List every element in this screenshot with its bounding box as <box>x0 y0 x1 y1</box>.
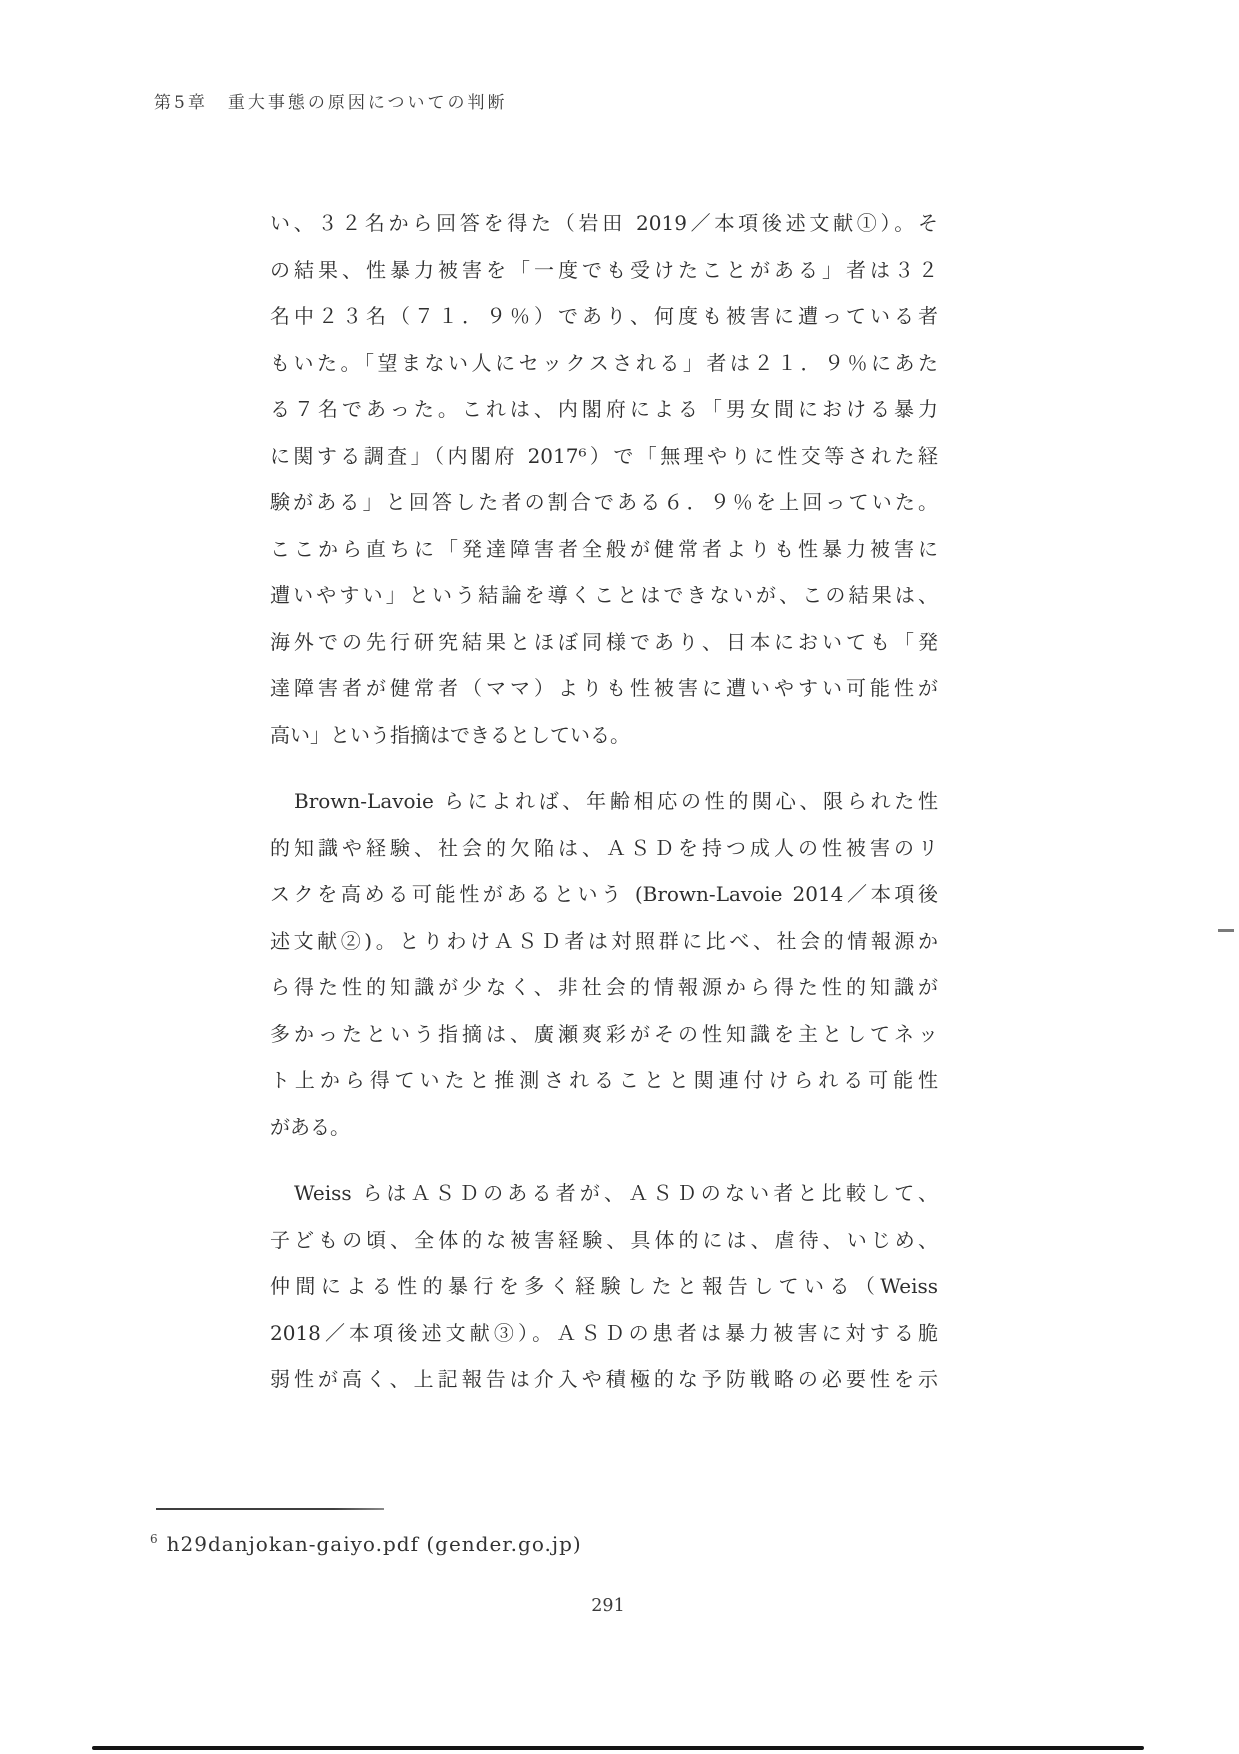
text-line: 2018／本項後述文献③）。ＡＳＤの患者は暴力被害に対する脆 <box>270 1310 938 1357</box>
paragraph-1: い、３２名から回答を得た（岩田 2019／本項後述文献①）。そ の結果、性暴力被… <box>270 200 938 758</box>
text-line: 遭いやすい」という結論を導くことはできないが、この結果は、 <box>270 572 938 619</box>
text-line: 弱性が高く、上記報告は介入や積極的な予防戦略の必要性を示 <box>270 1356 938 1403</box>
scan-artifact-bottom-line <box>92 1746 1144 1750</box>
text-line: 仲間による性的暴行を多く経験したと報告している（Weiss <box>270 1263 938 1310</box>
text-line: る７名であった。これは、内閣府による「男女間における暴力 <box>270 386 938 433</box>
text-line: 達障害者が健常者（ママ）よりも性被害に遭いやすい可能性が <box>270 665 938 712</box>
footnote-text: h29danjokan-gaiyo.pdf (gender.go.jp) <box>167 1532 582 1556</box>
scan-artifact-right-tick <box>1218 929 1234 932</box>
text-line: 述文献②)。とりわけＡＳＤ者は対照群に比べ、社会的情報源か <box>270 918 938 965</box>
text-line: 高い」という指摘はできるとしている。 <box>270 712 938 759</box>
text-line: 名中２３名（７１．９％）であり、何度も被害に遭っている者 <box>270 293 938 340</box>
running-header: 第5章 重大事態の原因についての判断 <box>154 88 507 113</box>
text-line: がある。 <box>270 1104 938 1151</box>
text-line: ここから直ちに「発達障害者全般が健常者よりも性暴力被害に <box>270 526 938 573</box>
paragraph-3: Weiss らはＡＳＤのある者が、ＡＳＤのない者と比較して、 子どもの頃、全体的… <box>270 1170 938 1403</box>
text-line: Brown-Lavoie らによれば、年齢相応の性的関心、限られた性 <box>270 778 938 825</box>
text-line: に関する調査」（内閣府 2017⁶）で「無理やりに性交等された経 <box>270 433 938 480</box>
text-line: 子どもの頃、全体的な被害経験、具体的には、虐待、いじめ、 <box>270 1217 938 1264</box>
text-line: の結果、性暴力被害を「一度でも受けたことがある」者は３２ <box>270 247 938 294</box>
text-line: 多かったという指摘は、廣瀬爽彩がその性知識を主としてネッ <box>270 1011 938 1058</box>
footnote: 6h29danjokan-gaiyo.pdf (gender.go.jp) <box>150 1532 582 1556</box>
paragraph-2: Brown-Lavoie らによれば、年齢相応の性的関心、限られた性 的知識や経… <box>270 778 938 1150</box>
text-line: い、３２名から回答を得た（岩田 2019／本項後述文献①）。そ <box>270 200 938 247</box>
footnote-divider <box>156 1508 384 1510</box>
document-page: 第5章 重大事態の原因についての判断 い、３２名から回答を得た（岩田 2019／… <box>0 0 1239 1754</box>
text-line: 海外での先行研究結果とほぼ同様であり、日本においても「発 <box>270 619 938 666</box>
text-line: スクを高める可能性があるという (Brown-Lavoie 2014／本項後 <box>270 871 938 918</box>
text-line: 的知識や経験、社会的欠陥は、ＡＳＤを持つ成人の性被害のリ <box>270 825 938 872</box>
text-line: ら得た性的知識が少なく、非社会的情報源から得た性的知識が <box>270 964 938 1011</box>
page-number: 291 <box>0 1596 1216 1616</box>
text-line: もいた。「望まない人にセックスされる」者は２１．９％にあた <box>270 340 938 387</box>
text-line: Weiss らはＡＳＤのある者が、ＡＳＤのない者と比較して、 <box>270 1170 938 1217</box>
text-line: 験がある」と回答した者の割合である６．９％を上回っていた。 <box>270 479 938 526</box>
footnote-marker: 6 <box>150 1532 159 1546</box>
body-text: い、３２名から回答を得た（岩田 2019／本項後述文献①）。そ の結果、性暴力被… <box>270 200 938 1423</box>
text-line: ト上から得ていたと推測されることと関連付けられる可能性 <box>270 1057 938 1104</box>
